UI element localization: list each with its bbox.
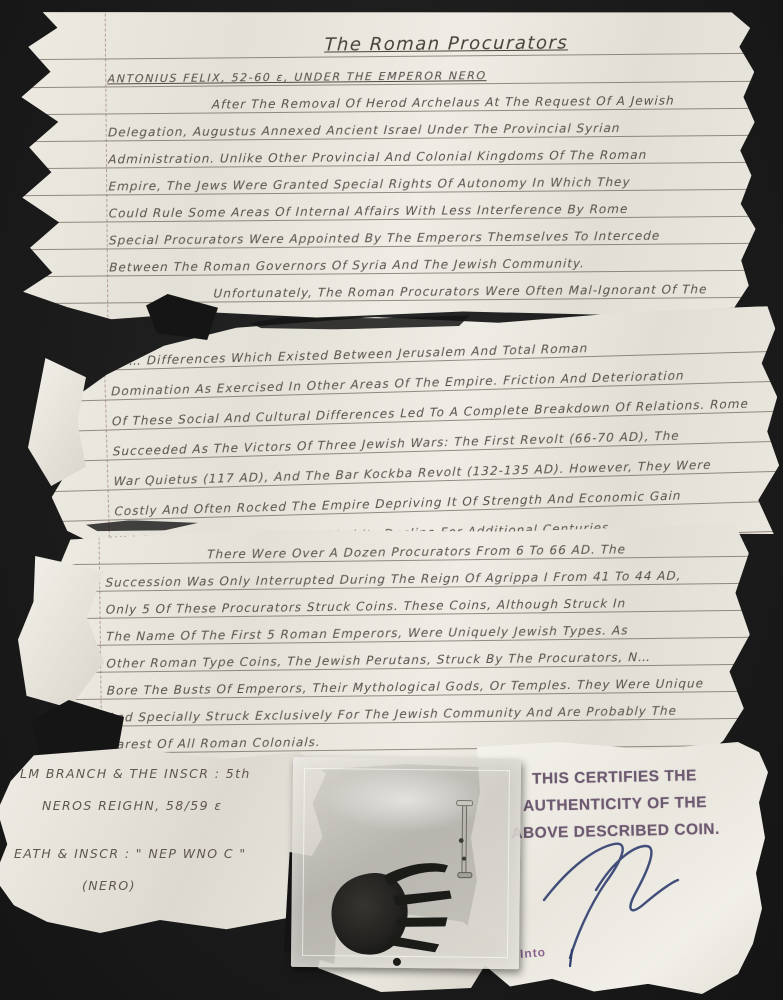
body-line: After The Removal Of Herod Archelaus At … xyxy=(212,93,675,111)
page-subtitle: ANTONIUS FELIX, 52-60 ε, UNDER THE EMPER… xyxy=(107,69,487,85)
document-sheet-lower: There Were Over A Dozen Procurators From… xyxy=(57,524,752,778)
document-sheet-middle: cial And … Differences Which Existed Bet… xyxy=(47,306,781,554)
scrap-line: EATH & INSCR : " NEP WNO C " xyxy=(14,846,246,861)
scrap-line: NEROS REIGHN, 58/59 ε xyxy=(42,798,223,813)
coin-holder-flip xyxy=(291,757,521,969)
page-title: The Roman Procurators xyxy=(324,32,569,55)
body-line: Between The Roman Governors Of Syria And… xyxy=(109,256,585,274)
body-line: Unfortunately, The Roman Procurators Wer… xyxy=(213,282,708,300)
body-line: Rarest Of All Roman Colonials. xyxy=(107,735,321,752)
signature xyxy=(526,830,696,980)
ancient-coin xyxy=(317,855,458,971)
partial-stamp-text: Into xyxy=(520,945,547,961)
exhibit-note-scrap: LM BRANCH & THE INSCR : 5th NEROS REIGHN… xyxy=(0,748,326,933)
scrap-line: LM BRANCH & THE INSCR : 5th xyxy=(20,766,251,781)
scrap-line: (NERO) xyxy=(82,878,136,893)
photo-background: The Roman Procurators ANTONIUS FELIX, 52… xyxy=(0,0,783,1000)
document-sheet-top: The Roman Procurators ANTONIUS FELIX, 52… xyxy=(21,3,757,323)
